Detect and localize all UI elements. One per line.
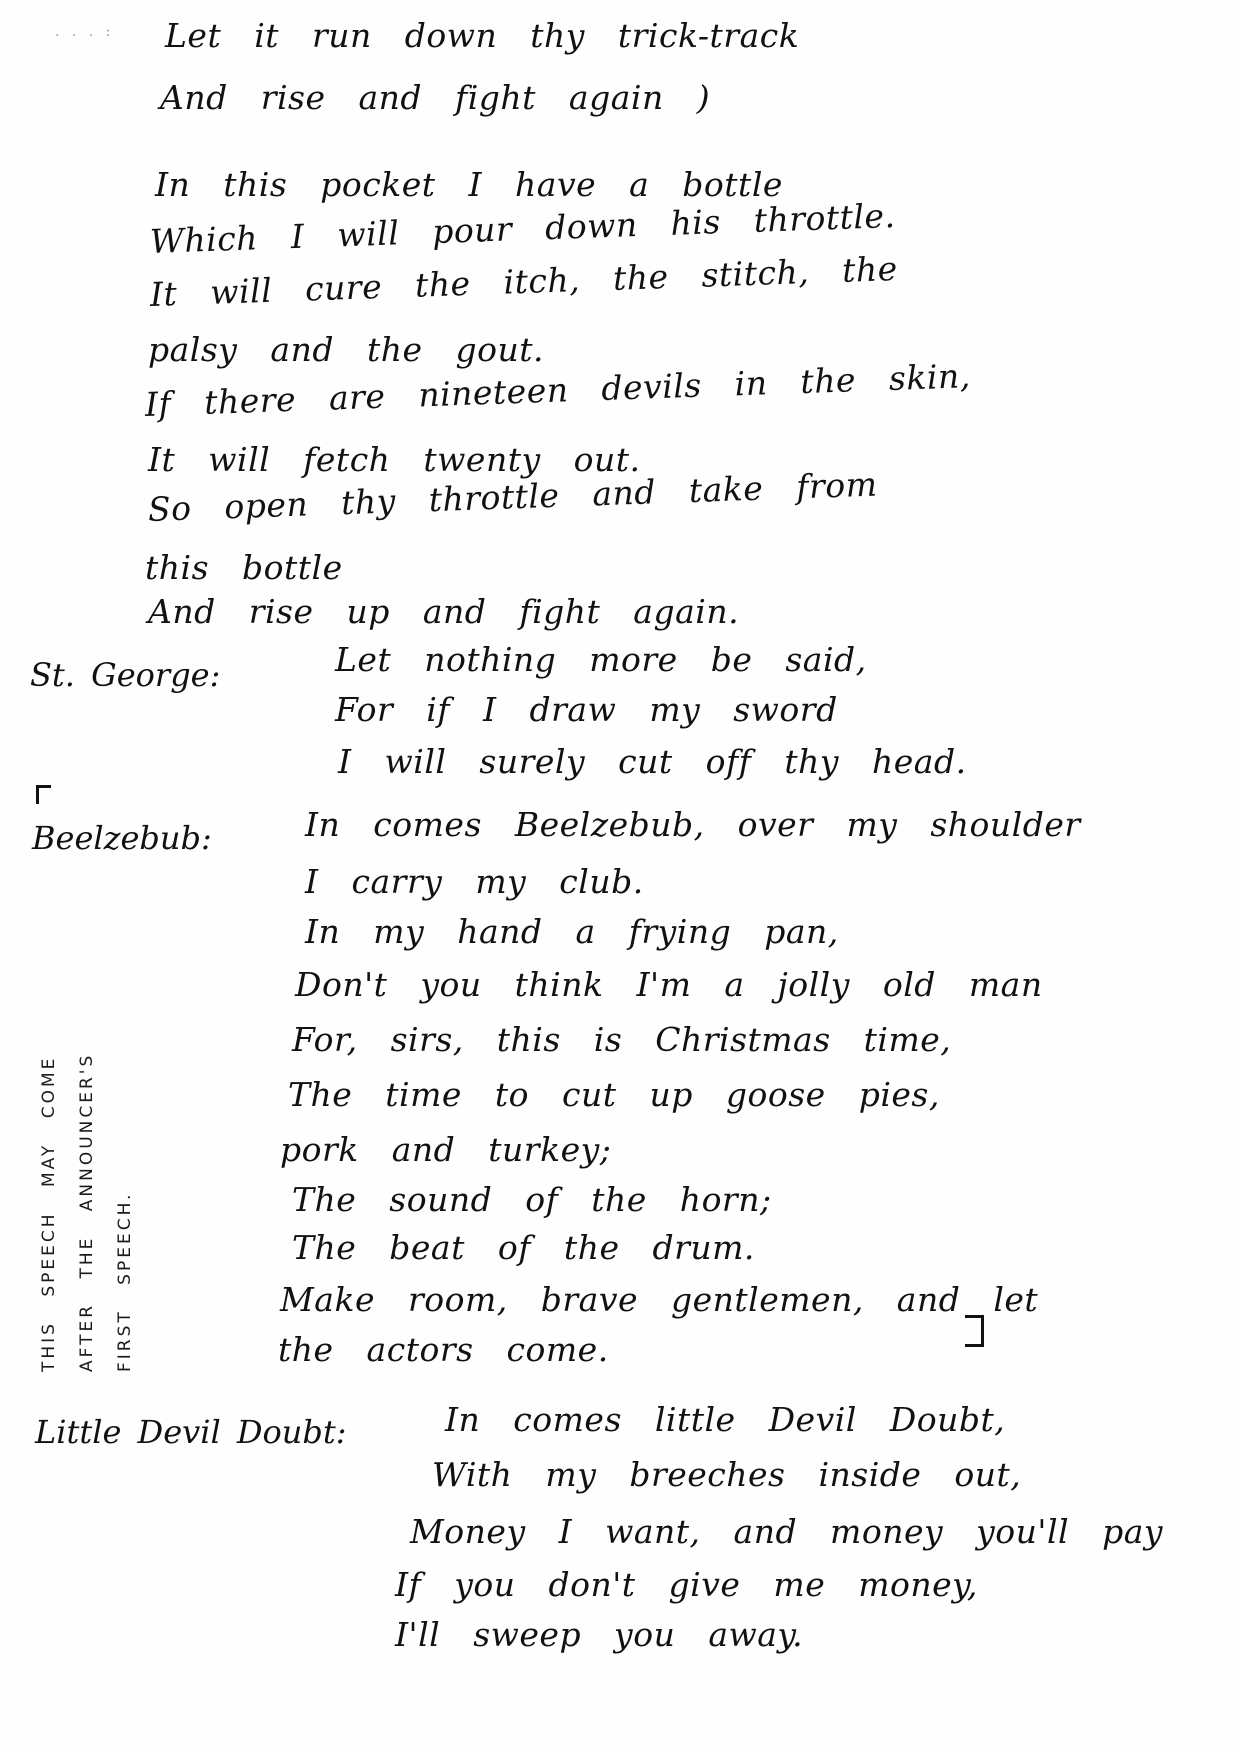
beelzebub-line-2: I carry my club.: [305, 862, 644, 902]
devil-doubt-line-2: With my breeches inside out,: [432, 1455, 1021, 1495]
side-note-line-3: FIRST SPEECH.: [106, 932, 144, 1372]
side-note-line-2: AFTER THE ANNOUNCER'S: [68, 932, 106, 1372]
close-bracket-mark: [965, 1315, 984, 1347]
doctor-line-4: palsy and the gout.: [148, 330, 544, 370]
beelzebub-line-10: Make room, brave gentlemen, and let: [280, 1280, 1038, 1320]
opening-line-2: And rise and fight again ): [160, 78, 710, 118]
speaker-st-george: St. George:: [30, 655, 220, 695]
st-george-line-2: For if I draw my sword: [335, 690, 838, 730]
doctor-line-1: In this pocket I have a bottle: [155, 165, 783, 205]
devil-doubt-line-3: Money I want, and money you'll pay: [410, 1512, 1163, 1552]
doctor-line-8: this bottle: [145, 548, 343, 588]
beelzebub-line-8: The sound of the horn;: [292, 1180, 772, 1220]
beelzebub-line-5: For, sirs, this is Christmas time,: [292, 1020, 951, 1060]
scan-marks: . . . :: [55, 25, 114, 39]
side-note-line-1: THIS SPEECH MAY COME: [30, 932, 68, 1372]
doctor-line-3: It will cure the itch, the stitch, the: [149, 249, 898, 315]
st-george-line-3: I will surely cut off thy head.: [338, 742, 967, 782]
beelzebub-line-6: The time to cut up goose pies,: [288, 1075, 940, 1115]
doctor-line-6: It will fetch twenty out.: [148, 440, 640, 480]
beelzebub-line-4: Don't you think I'm a jolly old man: [295, 965, 1043, 1005]
beelzebub-line-3: In my hand a frying pan,: [305, 912, 839, 952]
st-george-line-1: Let nothing more be said,: [335, 640, 867, 680]
devil-doubt-line-4: If you don't give me money,: [395, 1565, 978, 1605]
beelzebub-line-9: The beat of the drum.: [292, 1228, 755, 1268]
devil-doubt-line-5: I'll sweep you away.: [395, 1615, 803, 1655]
opening-line-1: Let it run down thy trick-track: [165, 16, 799, 56]
side-note-vertical: THIS SPEECH MAY COME AFTER THE ANNOUNCER…: [30, 932, 144, 1372]
doctor-line-9: And rise up and fight again.: [148, 592, 739, 632]
beelzebub-line-11: the actors come.: [278, 1330, 609, 1370]
speaker-little-devil-doubt: Little Devil Doubt:: [35, 1412, 347, 1452]
beelzebub-line-1: In comes Beelzebub, over my shoulder: [305, 805, 1081, 845]
beelzebub-line-7: pork and turkey;: [280, 1130, 611, 1170]
devil-doubt-line-1: In comes little Devil Doubt,: [445, 1400, 1005, 1440]
speaker-beelzebub: Beelzebub:: [32, 818, 212, 858]
open-bracket-mark: [36, 785, 51, 804]
handwritten-page: . . . : Let it run down thy trick-track …: [0, 0, 1240, 1754]
